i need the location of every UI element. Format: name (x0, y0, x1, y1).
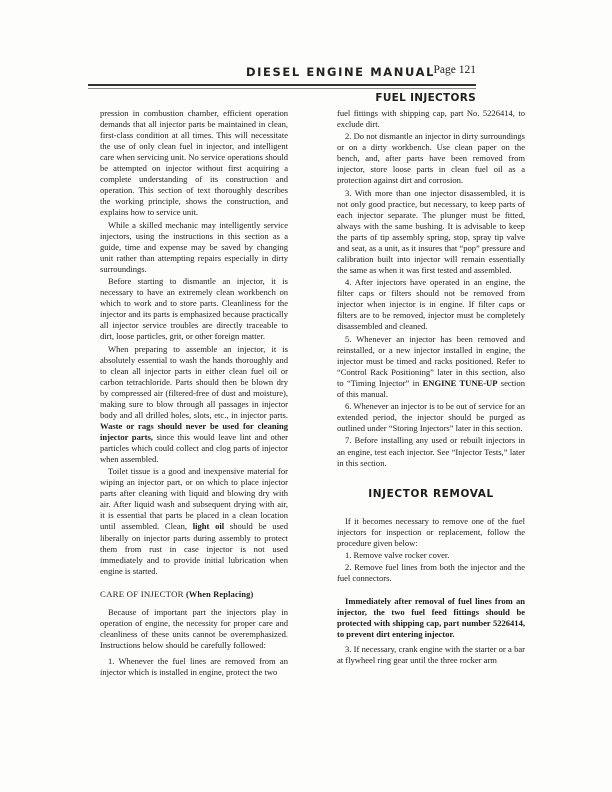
list-item-continued: fuel fittings with shipping cap, part No… (337, 108, 525, 130)
care-heading: CARE OF INJECTOR (When Replacing) (100, 589, 288, 600)
list-item: 2. Do not dismantle an injector in dirty… (337, 131, 525, 186)
list-item: 6. Whenever an injector is to be out of … (337, 401, 525, 434)
heading-subtext: (When Replacing) (184, 590, 254, 599)
page-number: Page 121 (434, 64, 476, 76)
page-header: DIESEL ENGINE MANUAL Page 121 (88, 64, 476, 84)
bold-text: ENGINE TUNE-UP (423, 378, 498, 388)
list-item: 1. Whenever the fuel lines are removed f… (100, 656, 288, 678)
paragraph: Before starting to dismantle an injector… (100, 276, 288, 342)
bold-text: light oil (193, 521, 224, 531)
section-title: FUEL INJECTORS (375, 92, 476, 104)
list-item: 1. Remove valve rocker cover. (337, 550, 525, 561)
list-item: 5. Whenever an injector has been removed… (337, 334, 525, 400)
manual-title: DIESEL ENGINE MANUAL (246, 65, 435, 79)
warning-paragraph: Immediately after removal of fuel lines … (337, 596, 525, 640)
paragraph: When preparing to assemble an injector, … (100, 344, 288, 466)
list-item: 7. Before installing any used or rebuilt… (337, 435, 525, 468)
left-column: pression in combustion chamber, efficien… (100, 108, 288, 679)
list-item: 3. If necessary, crank engine with the s… (337, 644, 525, 666)
injector-removal-heading: INJECTOR REMOVAL (337, 489, 525, 500)
header-rule-thin (88, 88, 476, 89)
header-rule (88, 84, 476, 86)
paragraph: Toilet tissue is a good and inexpensive … (100, 466, 288, 576)
paragraph: While a skilled mechanic may intelligent… (100, 220, 288, 275)
paragraph: pression in combustion chamber, efficien… (100, 108, 288, 218)
list-item: 2. Remove fuel lines from both the injec… (337, 562, 525, 584)
paragraph: Because of important part the injectors … (100, 607, 288, 651)
list-item: 3. With more than one injector disassemb… (337, 188, 525, 276)
right-column: fuel fittings with shipping cap, part No… (337, 108, 525, 667)
text: When preparing to assemble an injector, … (100, 344, 288, 420)
paragraph: If it becomes necessary to remove one of… (337, 516, 525, 549)
list-item: 4. After injectors have operated in an e… (337, 277, 525, 332)
heading-text: CARE OF INJECTOR (100, 589, 184, 599)
